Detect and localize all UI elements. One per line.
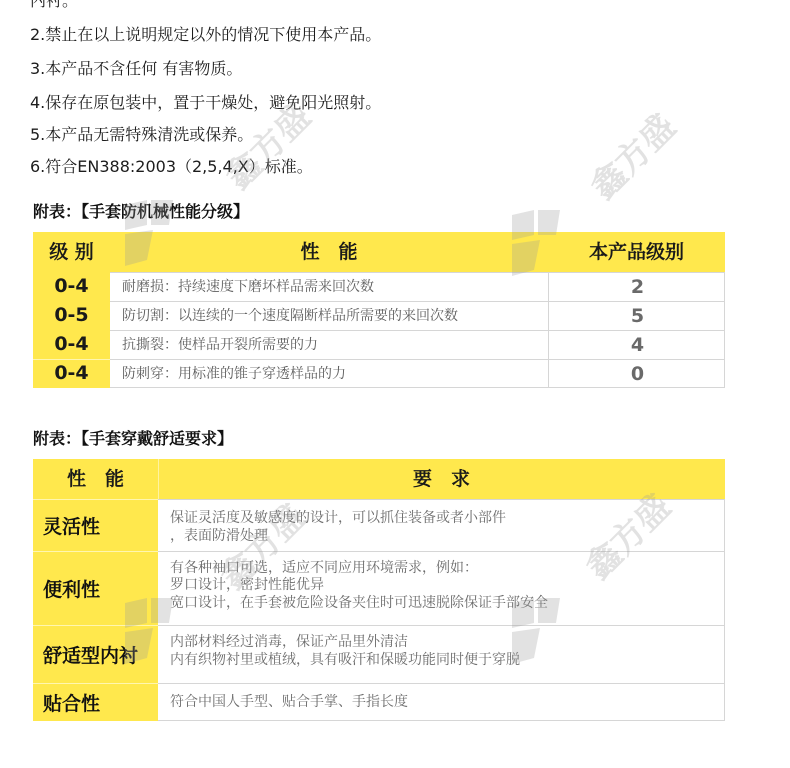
requirement-line: 宽口设计，在手套被危险设备夹住时可迅速脱除保证手部安全: [170, 595, 548, 612]
feature-cell-comfort-lining: 舒适型内衬: [33, 625, 158, 683]
feature-cell-convenience: 便利性: [33, 551, 158, 625]
performance-cell: 防刺穿：用标准的锥子穿透样品的力: [122, 360, 346, 388]
feature-cell-flexibility: 灵活性: [33, 499, 158, 551]
note-item-5: 5.本产品无需特殊清洗或保养。: [30, 122, 253, 145]
product-level-cell: 4: [548, 331, 726, 359]
requirement-line: 内部材料经过消毒，保证产品里外清洁: [170, 634, 408, 651]
performance-cell: 防切割：以连续的一个速度隔断样品所需要的来回次数: [122, 302, 458, 330]
table-row: 保证灵活度及敏感度的设计，可以抓住装备或者小部件 ，表面防滑处理: [158, 499, 724, 551]
mechanical-table-title: 附表：【手套防机械性能分级】: [33, 199, 249, 222]
table-row: 防切割：以连续的一个速度隔断样品所需要的来回次数 5: [110, 301, 724, 330]
performance-cell: 耐磨损：持续速度下磨坏样品需来回次数: [122, 273, 374, 301]
header-performance: 性 能: [110, 232, 548, 272]
grade-cell: 0-4: [33, 272, 110, 301]
table-row: 符合中国人手型、贴合手掌、手指长度: [158, 683, 724, 721]
note-item-2: 2.禁止在以上说明规定以外的情况下使用本产品。: [30, 22, 381, 45]
table-row: 防刺穿：用标准的锥子穿透样品的力 0: [110, 359, 724, 388]
product-level-cell: 0: [548, 360, 726, 388]
header-requirement: 要 求: [158, 459, 725, 499]
note-partial: 内衬。: [30, 0, 78, 11]
performance-cell: 抗撕裂：使样品开裂所需要的力: [122, 331, 318, 359]
product-level-cell: 2: [548, 273, 726, 301]
table-row: 有各种袖口可选，适应不同应用环境需求，例如： 罗口设计，密封性能优异 宽口设计，…: [158, 551, 724, 625]
product-level-cell: 5: [548, 302, 726, 330]
table-row: 内部材料经过消毒，保证产品里外清洁 内有织物衬里或植绒，具有吸汗和保暖功能同时便…: [158, 625, 724, 683]
grade-cell: 0-4: [33, 359, 110, 388]
requirement-line: 内有织物衬里或植绒，具有吸汗和保暖功能同时便于穿脱: [170, 652, 520, 669]
header-product-level: 本产品级别: [548, 232, 725, 272]
table-row: 耐磨损：持续速度下磨坏样品需来回次数 2: [110, 272, 724, 301]
header-performance: 性 能: [33, 459, 158, 499]
comfort-table-title: 附表：【手套穿戴舒适要求】: [33, 426, 233, 449]
mechanical-performance-table: 级 别 性 能 本产品级别 0-4 0-5 0-4 0-4 耐磨损：持续速度下磨…: [33, 232, 725, 388]
table-row: 抗撕裂：使样品开裂所需要的力 4: [110, 330, 724, 359]
requirement-line: 符合中国人手型、贴合手掌、手指长度: [170, 694, 408, 711]
requirement-line: 保证灵活度及敏感度的设计，可以抓住装备或者小部件: [170, 510, 506, 527]
grade-cell: 0-5: [33, 301, 110, 330]
comfort-requirements-table: 性 能 要 求 灵活性 便利性 舒适型内衬 贴合性 保证灵活度及敏感度的设计，可…: [33, 459, 725, 721]
requirement-line: 罗口设计，密封性能优异: [170, 577, 324, 594]
watermark-text: 鑫方盛: [578, 101, 685, 208]
feature-cell-fit: 贴合性: [33, 683, 158, 721]
note-item-4: 4.保存在原包装中，置于干燥处，避免阳光照射。: [30, 90, 381, 113]
comfort-table-body: 保证灵活度及敏感度的设计，可以抓住装备或者小部件 ，表面防滑处理 有各种袖口可选…: [158, 499, 725, 721]
note-item-3: 3.本产品不含任何 有害物质。: [30, 56, 242, 79]
requirement-line: ，表面防滑处理: [170, 528, 268, 545]
requirement-line: 有各种袖口可选，适应不同应用环境需求，例如：: [170, 560, 478, 577]
mechanical-table-body: 耐磨损：持续速度下磨坏样品需来回次数 2 防切割：以连续的一个速度隔断样品所需要…: [110, 272, 725, 388]
note-item-6: 6.符合EN388:2003（2,5,4,X）标准。: [30, 154, 313, 177]
grade-cell: 0-4: [33, 330, 110, 359]
header-grade: 级 别: [33, 232, 110, 272]
